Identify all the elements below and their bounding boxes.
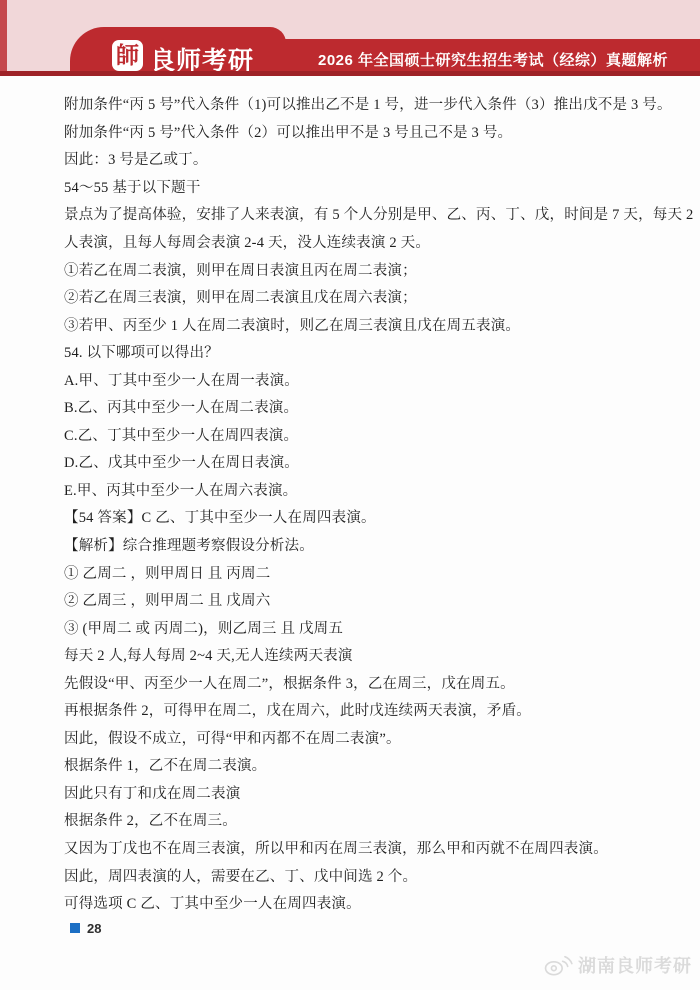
text-line: 因此只有丁和戊在周二表演 (64, 779, 654, 807)
page-title: 2026 年全国硕士研究生招生考试（经综）真题解析 (318, 49, 668, 70)
answer-option-d: D.乙、戊其中至少一人在周日表演。 (64, 448, 654, 476)
text-line: ③若甲、丙至少 1 人在周二表演时，则乙在周三表演且戊在周五表演。 (64, 310, 654, 338)
header-logo-tab: 師 良师考研 (70, 27, 286, 76)
text-line: ②若乙在周三表演，则甲在周二表演且戊在周六表演； (64, 283, 654, 311)
answer-option-e: E.甲、丙其中至少一人在周六表演。 (64, 476, 654, 504)
text-line: ① 乙周二 ，则甲周日 且 丙周二 (64, 558, 654, 586)
page-marker-icon (70, 923, 80, 933)
text-line: 因此：3 号是乙或丁。 (64, 145, 654, 173)
logo-seal-icon: 師 (112, 40, 143, 71)
weibo-icon (543, 953, 573, 977)
text-line: ①若乙在周二表演，则甲在周日表演且丙在周二表演； (64, 255, 654, 283)
analysis-line: 【解析】综合推理题考察假设分析法。 (64, 531, 654, 559)
text-line: 景点为了提高体验，安排了人来表演，有 5 个人分别是甲、乙、丙、丁、戊，时间是 … (64, 200, 654, 228)
page-number: 28 (87, 922, 101, 935)
content-area: 附加条件“丙 5 号”代入条件（1)可以推出乙不是 1 号，进一步代入条件（3）… (64, 90, 654, 916)
header-divider (0, 71, 700, 76)
text-line: 54. 以下哪项可以得出？ (64, 338, 654, 366)
text-line: ② 乙周三 ，则甲周二 且 戊周六 (64, 586, 654, 614)
text-line: ③ (甲周二 或 丙周二)，则乙周三 且 戊周五 (64, 613, 654, 641)
text-line: 根据条件 2，乙不在周三。 (64, 806, 654, 834)
text-line: 又因为丁戊也不在周三表演，所以甲和丙在周三表演，那么甲和丙就不在周四表演。 (64, 834, 654, 862)
text-line: 附加条件“丙 5 号”代入条件（2）可以推出甲不是 3 号且己不是 3 号。 (64, 118, 654, 146)
text-line: 附加条件“丙 5 号”代入条件（1)可以推出乙不是 1 号，进一步代入条件（3）… (64, 90, 654, 118)
text-line: 因此，周四表演的人，需要在乙、丁、戊中间选 2 个。 (64, 861, 654, 889)
answer-option-c: C.乙、丁其中至少一人在周四表演。 (64, 421, 654, 449)
text-line: 再根据条件 2，可得甲在周二，戊在周六，此时戊连续两天表演，矛盾。 (64, 696, 654, 724)
text-line: 每天 2 人,每人每周 2~4 天,无人连续两天表演 (64, 641, 654, 669)
answer-option-b: B.乙、丙其中至少一人在周二表演。 (64, 393, 654, 421)
page-footer: 28 (70, 921, 101, 935)
text-line: 先假设“甲、丙至少一人在周二”，根据条件 3，乙在周三，戊在周五。 (64, 668, 654, 696)
watermark: 湖南良师考研 (543, 952, 692, 978)
text-line: 可得选项 C 乙、丁其中至少一人在周四表演。 (64, 889, 654, 917)
watermark-text: 湖南良师考研 (578, 952, 692, 978)
text-line: 人表演，且每人每周会表演 2-4 天，没人连续表演 2 天。 (64, 228, 654, 256)
text-line: 因此，假设不成立，可得“甲和丙都不在周二表演”。 (64, 724, 654, 752)
text-line: 54～55 基于以下题干 (64, 173, 654, 201)
header-left-strip (0, 0, 7, 71)
answer-option-a: A.甲、丁其中至少一人在周一表演。 (64, 365, 654, 393)
text-line: 根据条件 1，乙不在周二表演。 (64, 751, 654, 779)
answer-line: 【54 答案】C 乙、丁其中至少一人在周四表演。 (64, 503, 654, 531)
